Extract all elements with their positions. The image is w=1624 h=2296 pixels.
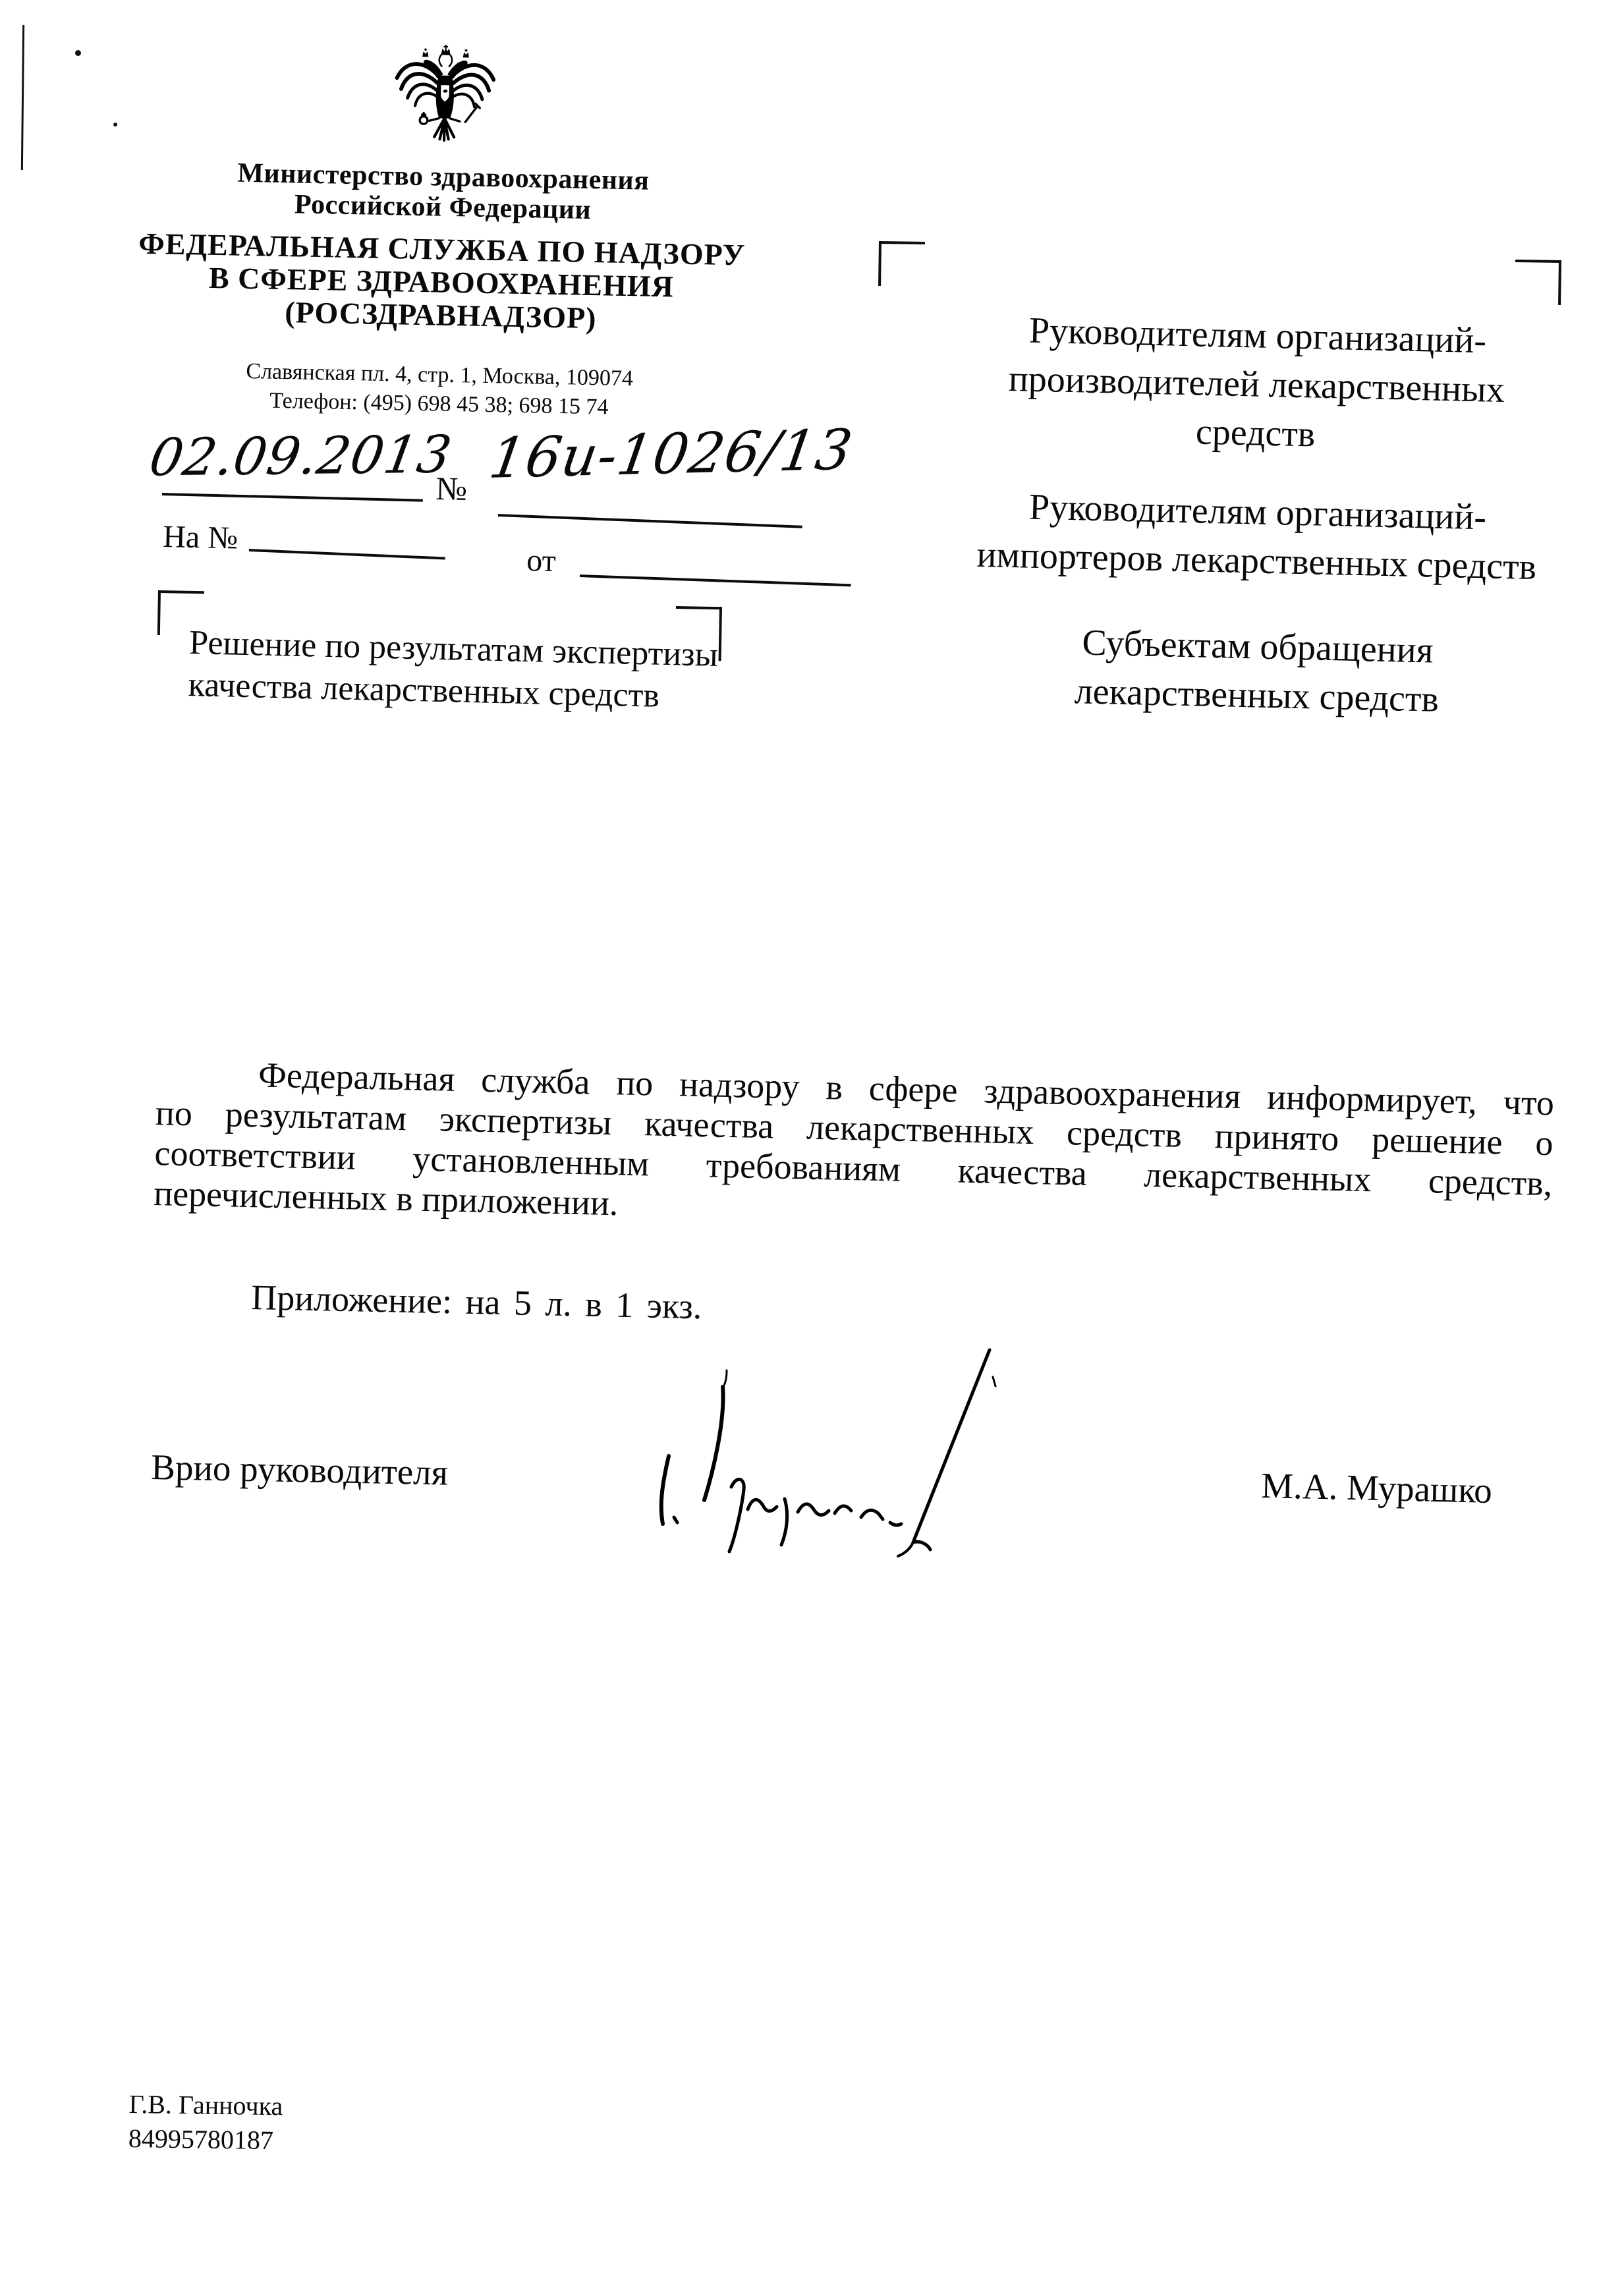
incoming-number-label: На №: [163, 518, 238, 557]
contact-phone: 84995780187: [128, 2121, 283, 2158]
service-name: ФЕДЕРАЛЬНАЯ СЛУЖБА ПО НАДЗОРУ В СФЕРЕ ЗД…: [108, 227, 775, 338]
recipients-corner-right-icon: [1515, 260, 1561, 305]
incoming-date-label: от: [526, 542, 557, 580]
contact-name: Г.В. Ганночка: [128, 2087, 283, 2123]
incoming-number-underline: [249, 549, 445, 559]
recipient-block: Руководителям организаций- импортеров ле…: [950, 481, 1565, 592]
signature-icon: [649, 1341, 1005, 1604]
recipient-block: Руководителям организаций- производителе…: [949, 304, 1565, 464]
signer-title: Врио руководителя: [151, 1447, 449, 1494]
coat-of-arms-icon: [388, 42, 502, 159]
outgoing-number-underline: [498, 514, 802, 528]
signer-name: М.А. Мурашко: [1261, 1465, 1493, 1511]
scan-artifact-line: [21, 25, 24, 170]
attachment-note: Приложение: на 5 л. в 1 экз.: [251, 1277, 702, 1327]
recipient-block: Субъектам обращения лекарственных средст…: [950, 615, 1565, 727]
letter-body: Федеральная служба по надзору в сфере зд…: [154, 1053, 1555, 1244]
ministry-name: Министерство здравоохранения Российской …: [110, 155, 777, 229]
letterhead: Министерство здравоохранения Российской …: [106, 36, 779, 424]
contact-block: Г.В. Ганночка 84995780187: [128, 2087, 283, 2158]
scan-artifact-dot: [75, 50, 81, 56]
outgoing-date-handwritten: 02.09.2013: [146, 426, 457, 488]
number-sign: №: [435, 469, 468, 508]
scanned-letter-page: Министерство здравоохранения Российской …: [0, 0, 1624, 2296]
letter-subject: Решение по результатам экспертизы качест…: [188, 622, 718, 719]
outgoing-date-underline: [162, 493, 423, 502]
outgoing-number-handwritten: 16и-1026/13: [486, 417, 857, 491]
recipients-corner-left-icon: [878, 241, 925, 287]
incoming-date-underline: [580, 574, 851, 586]
